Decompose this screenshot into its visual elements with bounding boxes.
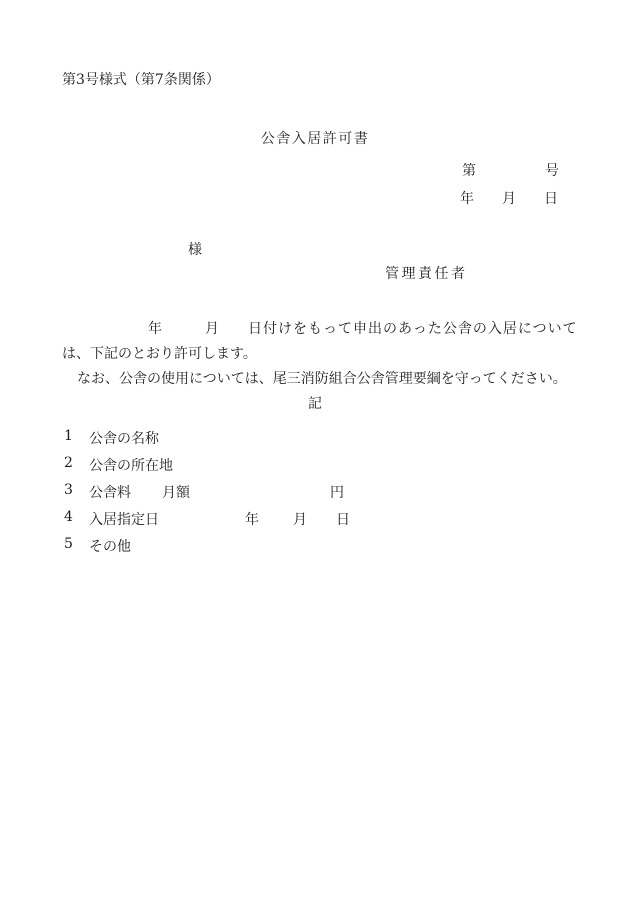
move-in-day-label: 日: [336, 509, 350, 529]
form-number: 第3号様式（第7条関係）: [62, 72, 220, 89]
item-label: 公舎の所在地: [89, 455, 173, 475]
signer-title: 管理責任者: [385, 266, 468, 283]
list-item: 5 その他: [0, 536, 630, 556]
move-in-month-label: 月: [293, 509, 307, 529]
number-prefix-label: 第: [462, 163, 476, 180]
item-number: 3: [64, 482, 73, 498]
addressee-honorific: 様: [188, 242, 202, 259]
record-marker: 記: [0, 396, 630, 413]
monthly-rate-label: 月額: [162, 482, 190, 502]
item-number: 4: [64, 509, 73, 525]
item-number: 1: [64, 428, 73, 444]
issue-month-label: 月: [502, 191, 516, 208]
document-number-line: 第 号: [462, 163, 559, 180]
issue-year-label: 年: [460, 191, 474, 208]
list-item: 4 入居指定日 年 月 日: [0, 509, 630, 529]
item-number: 2: [64, 455, 73, 471]
issue-day-label: 日: [544, 191, 558, 208]
item-label: その他: [89, 536, 131, 556]
yen-unit-label: 円: [330, 482, 344, 502]
item-label: 入居指定日: [89, 509, 159, 529]
list-item: 2 公舎の所在地: [0, 455, 630, 475]
list-item: 3 公舎料 月額 円: [0, 482, 630, 502]
move-in-year-label: 年: [245, 509, 259, 529]
body-line2-text: は、下記のとおり許可します。: [62, 346, 257, 363]
document-page: 第3号様式（第7条関係） 公舎入居許可書 第 号 年 月 日 様 管理責任者 年…: [0, 0, 630, 903]
application-year-label: 年: [148, 321, 162, 338]
application-month-label: 月: [205, 321, 219, 338]
item-label: 公舎の名称: [89, 428, 159, 448]
list-item: 1 公舎の名称: [0, 428, 630, 448]
body-line1-text: 日付けをもって申出のあった公舎の入居について: [248, 321, 578, 338]
document-title: 公舎入居許可書: [0, 131, 630, 148]
number-suffix-label: 号: [545, 163, 559, 180]
issue-date-line: 年 月 日: [460, 191, 558, 208]
item-label: 公舎料: [89, 482, 131, 502]
body-note-text: なお、公舎の使用については、尾三消防組合公舎管理要綱を守ってください。: [77, 371, 567, 388]
item-number: 5: [64, 536, 73, 552]
